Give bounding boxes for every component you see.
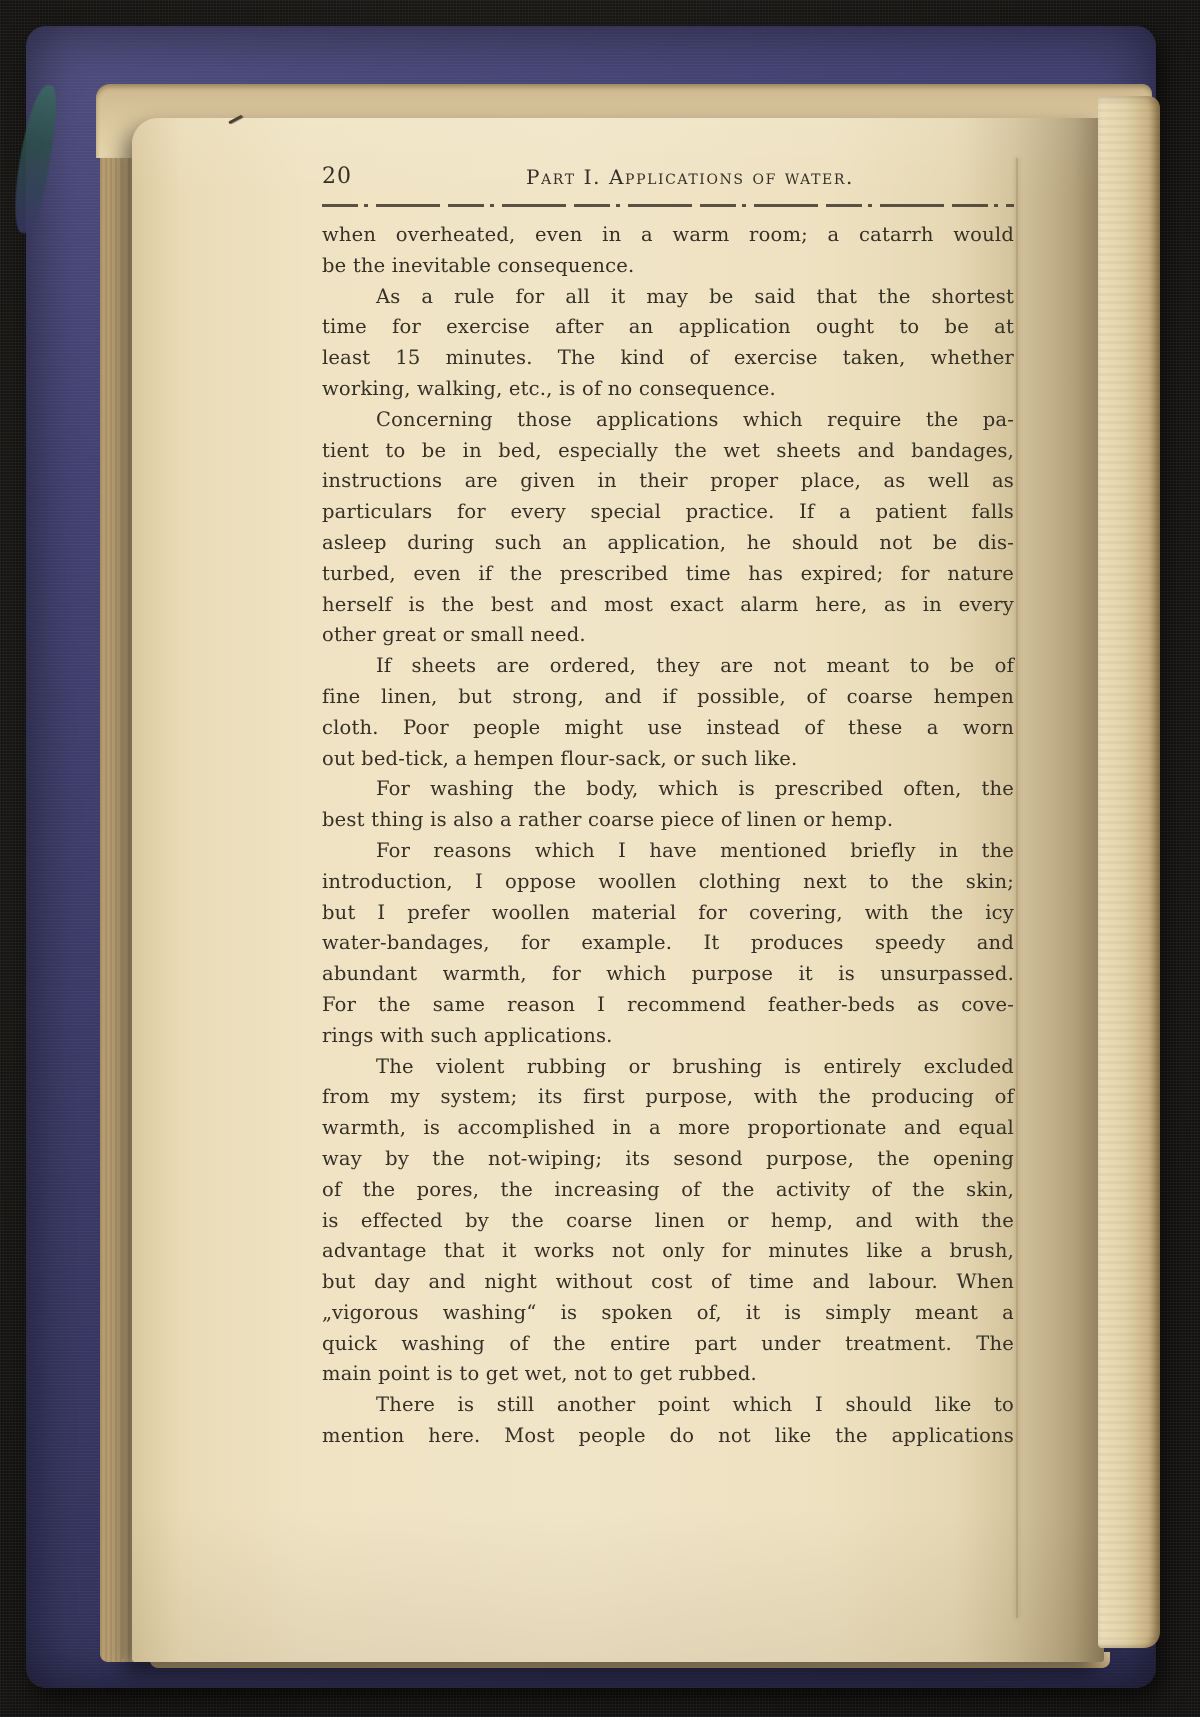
- text-line: rings with such applications.: [322, 1021, 1014, 1052]
- body-text: when overheated, even in a warm room; a …: [322, 220, 1014, 1452]
- text-line: particulars for every special practice. …: [322, 497, 1014, 528]
- text-line: instructions are given in their proper p…: [322, 466, 1014, 497]
- text-line: „vigorous washing“ is spoken of, it is s…: [322, 1298, 1014, 1329]
- text-line: herself is the best and most exact alarm…: [322, 590, 1014, 621]
- page-header: 20 Part I. Applications of water.: [322, 164, 1014, 192]
- text-line: There is still another point which I sho…: [322, 1390, 1014, 1421]
- text-line: working, walking, etc., is of no consequ…: [322, 374, 1014, 405]
- main-page: 20 Part I. Applications of water. when o…: [132, 118, 1104, 1662]
- running-header: Part I. Applications of water.: [344, 165, 1036, 189]
- next-page-fore-edge: [1098, 96, 1160, 1648]
- text-line: out bed-tick, a hempen flour-sack, or su…: [322, 744, 1014, 775]
- text-line: but day and night without cost of time a…: [322, 1267, 1014, 1298]
- text-line: when overheated, even in a warm room; a …: [322, 220, 1014, 251]
- text-line: main point is to get wet, not to get rub…: [322, 1359, 1014, 1390]
- text-line: introduction, I oppose woollen clothing …: [322, 867, 1014, 898]
- text-line: least 15 minutes. The kind of exercise t…: [322, 343, 1014, 374]
- text-line: turbed, even if the prescribed time has …: [322, 559, 1014, 590]
- text-line: For reasons which I have mentioned brief…: [322, 836, 1014, 867]
- text-line: As a rule for all it may be said that th…: [322, 282, 1014, 313]
- text-line: but I prefer woollen material for coveri…: [322, 898, 1014, 929]
- text-line: from my system; its first purpose, with …: [322, 1082, 1014, 1113]
- book-photo: 20 Part I. Applications of water. when o…: [0, 0, 1200, 1717]
- text-line: cloth. Poor people might use instead of …: [322, 713, 1014, 744]
- text-line: tient to be in bed, especially the wet s…: [322, 436, 1014, 467]
- page-content: 20 Part I. Applications of water. when o…: [322, 164, 1014, 1452]
- text-line: mention here. Most people do not like th…: [322, 1421, 1014, 1452]
- header-rule: [322, 204, 1014, 207]
- text-line: For washing the body, which is prescribe…: [322, 774, 1014, 805]
- text-line: way by the not-wiping; its sesond purpos…: [322, 1144, 1014, 1175]
- text-line: For the same reason I recommend feather-…: [322, 990, 1014, 1021]
- text-line: fine linen, but strong, and if possible,…: [322, 682, 1014, 713]
- text-line: Concerning those applications which requ…: [322, 405, 1014, 436]
- text-line: abundant warmth, for which purpose it is…: [322, 959, 1014, 990]
- text-line: quick washing of the entire part under t…: [322, 1329, 1014, 1360]
- text-line: be the inevitable consequence.: [322, 251, 1014, 282]
- text-line: asleep during such an application, he sh…: [322, 528, 1014, 559]
- text-line: time for exercise after an application o…: [322, 312, 1014, 343]
- text-line: The violent rubbing or brushing is entir…: [322, 1052, 1014, 1083]
- text-line: best thing is also a rather coarse piece…: [322, 805, 1014, 836]
- text-line: If sheets are ordered, they are not mean…: [322, 651, 1014, 682]
- text-line: advantage that it works not only for min…: [322, 1236, 1014, 1267]
- text-line: water-bandages, for example. It produces…: [322, 928, 1014, 959]
- text-line: warmth, is accomplished in a more propor…: [322, 1113, 1014, 1144]
- text-line: other great or small need.: [322, 620, 1014, 651]
- text-line: is effected by the coarse linen or hemp,…: [322, 1206, 1014, 1237]
- text-line: of the pores, the increasing of the acti…: [322, 1175, 1014, 1206]
